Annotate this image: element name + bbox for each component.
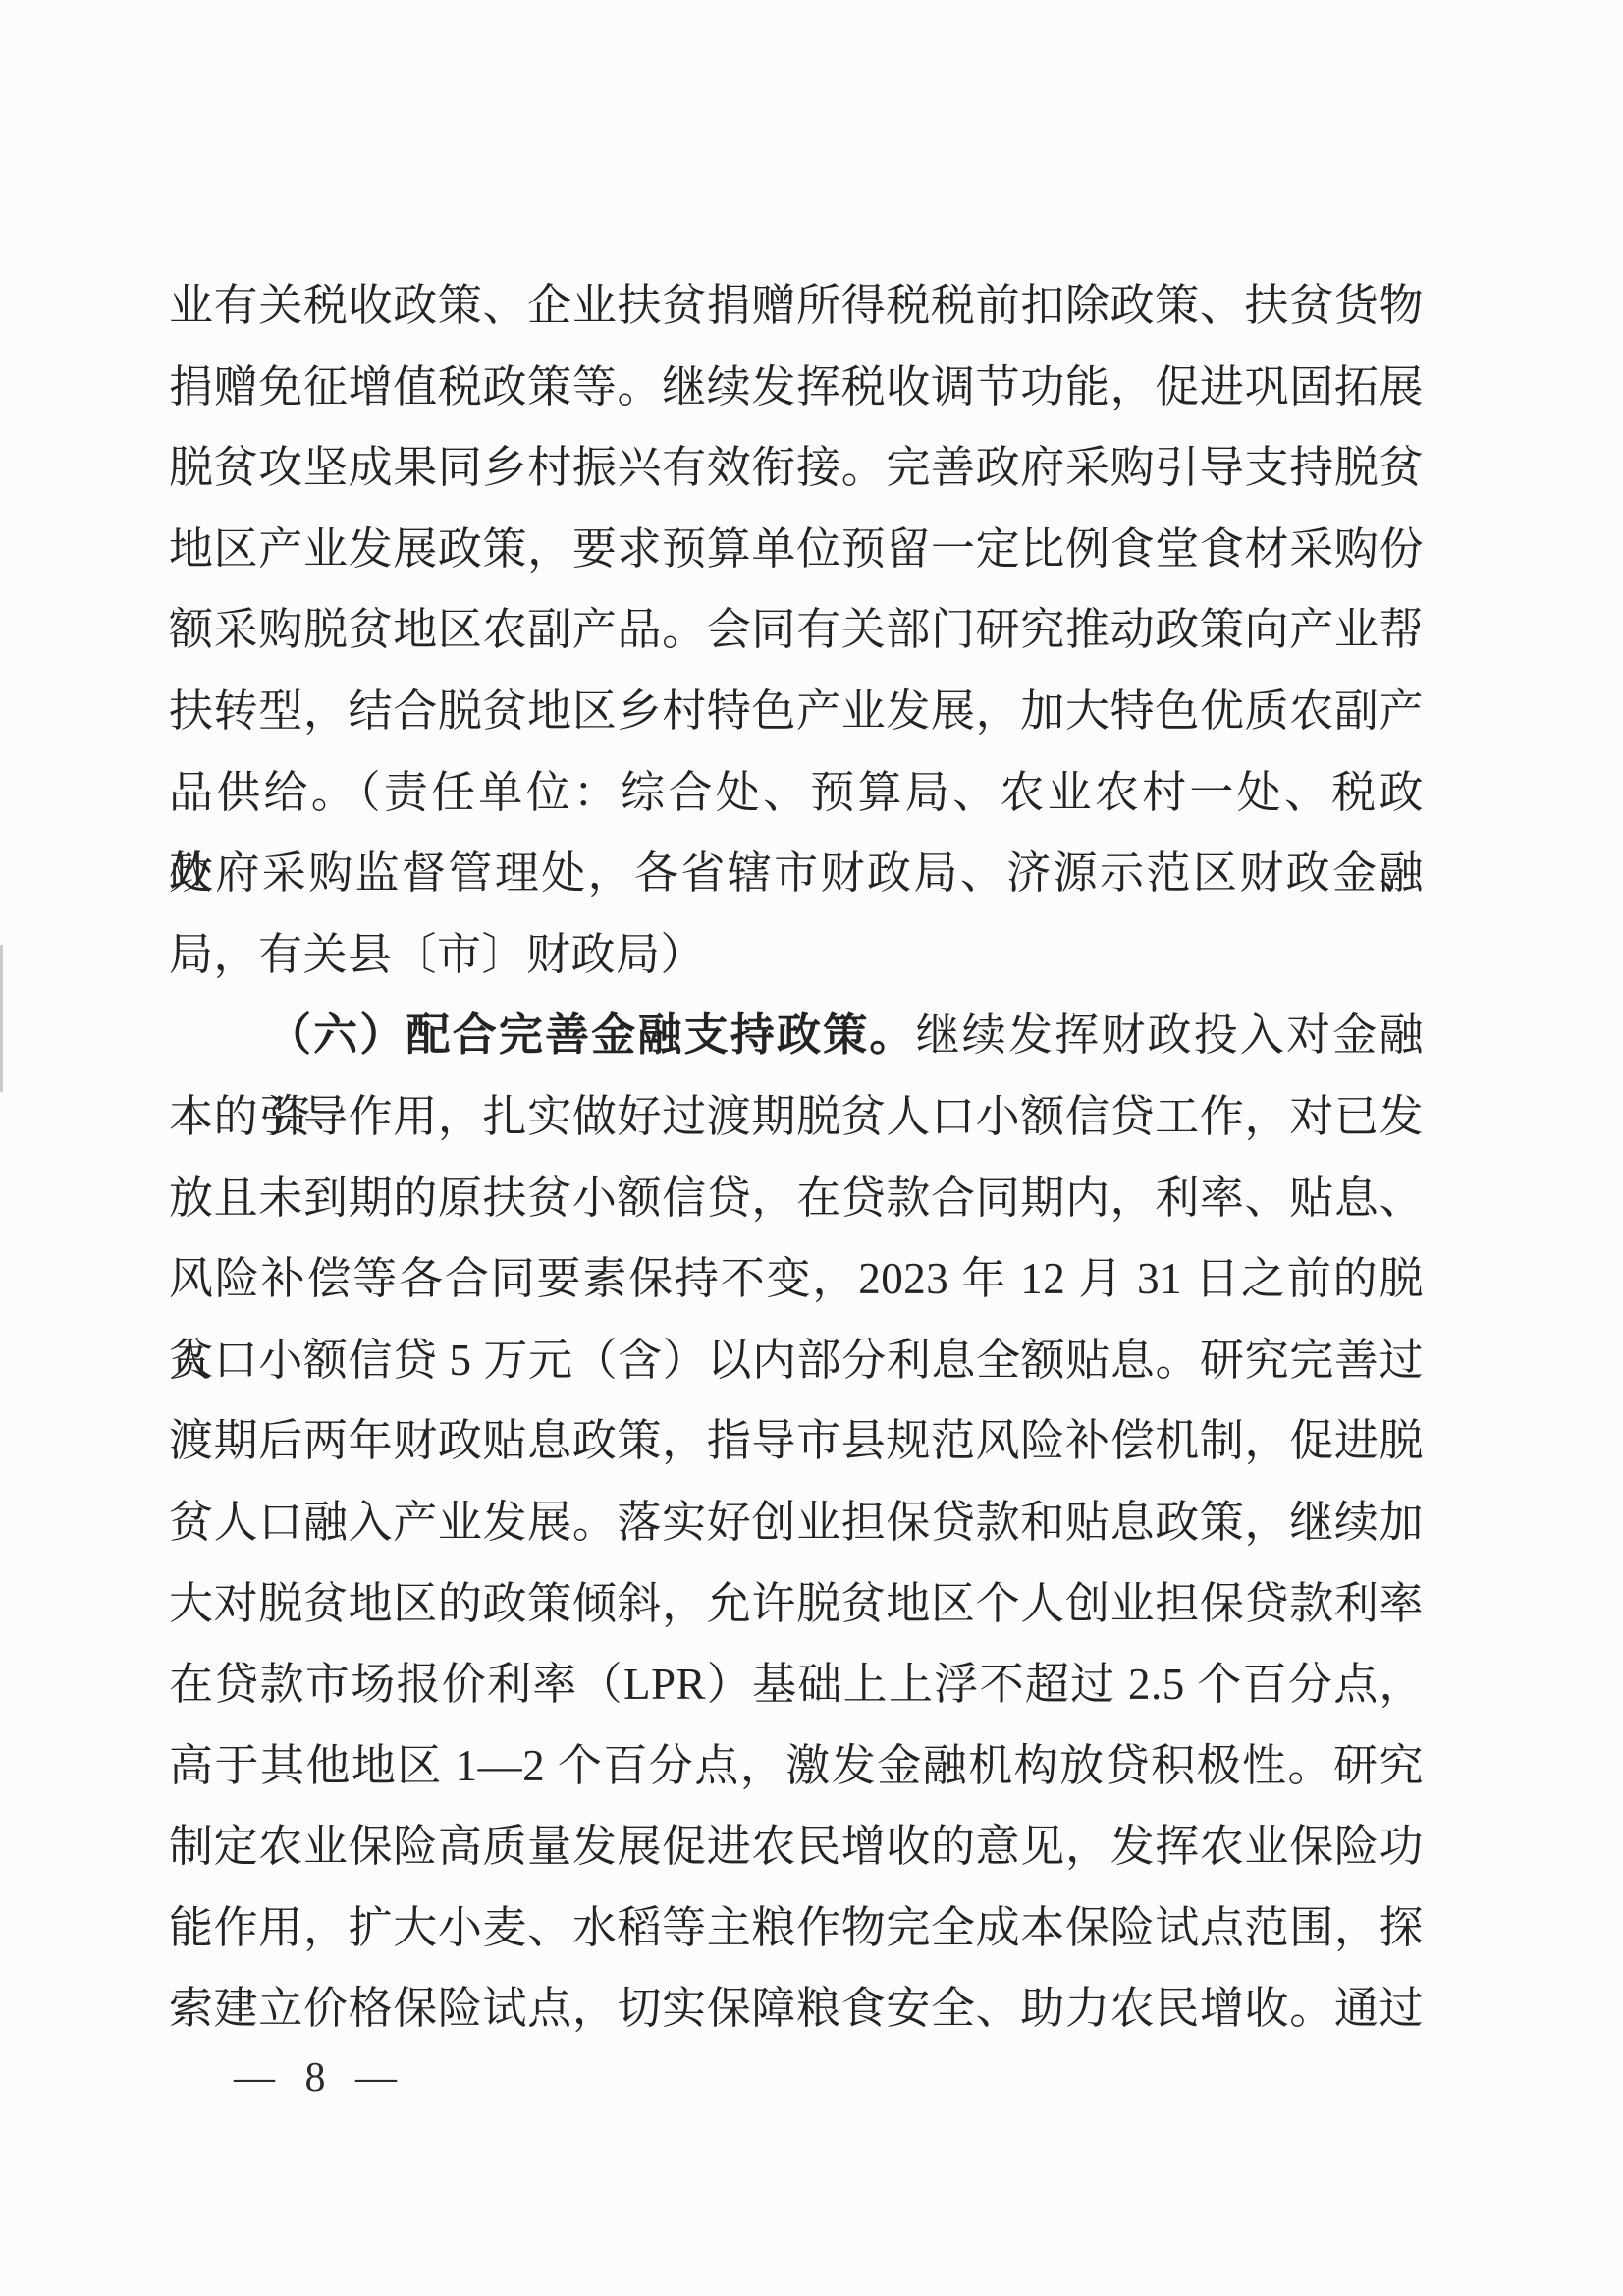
document-line: 品供给。（责任单位：综合处、预算局、农业农村一处、税政处、 [169,752,1424,834]
document-line: 本的引导作用，扎实做好过渡期脱贫人口小额信贷工作，对已发 [169,1076,1424,1158]
document-line: 索建立价格保险试点，切实保障粮食安全、助力农民增收。通过 [169,1968,1424,2050]
document-line: 能作用，扩大小麦、水稻等主粮作物完全成本保险试点范围，探 [169,1887,1424,1969]
document-line: 地区产业发展政策，要求预算单位预留一定比例食堂食材采购份 [169,509,1424,590]
section-heading: （六）配合完善金融支持政策。 [267,1011,916,1060]
document-line: 捐赠免征增值税政策等。继续发挥税收调节功能，促进巩固拓展 [169,347,1424,428]
scan-edge-artifact [0,945,3,1092]
document-line: 业有关税收政策、企业扶贫捐赠所得税税前扣除政策、扶贫货物 [169,265,1424,347]
document-line: 制定农业保险高质量发展促进农民增收的意见，发挥农业保险功 [169,1806,1424,1887]
document-line: 额采购脱贫地区农副产品。会同有关部门研究推动政策向产业帮 [169,589,1424,671]
document-line: 高于其他地区 1—2 个百分点，激发金融机构放贷积极性。研究 [169,1725,1424,1807]
document-line: 人口小额信贷 5 万元（含）以内部分利息全额贴息。研究完善过 [169,1320,1424,1401]
document-line: 风险补偿等各合同要素保持不变，2023 年 12 月 31 日之前的脱贫 [169,1238,1424,1320]
document-line: 渡期后两年财政贴息政策，指导市县规范风险补偿机制，促进脱 [169,1400,1424,1482]
document-line: 脱贫攻坚成果同乡村振兴有效衔接。完善政府采购引导支持脱贫 [169,427,1424,509]
text-body: 业有关税收政策、企业扶贫捐赠所得税税前扣除政策、扶贫货物 捐赠免征增值税政策等。… [169,265,1424,2050]
document-line: 贫人口融入产业发展。落实好创业担保贷款和贴息政策，继续加 [169,1482,1424,1563]
document-line: 放且未到期的原扶贫小额信贷，在贷款合同期内，利率、贴息、 [169,1158,1424,1239]
document-page: 业有关税收政策、企业扶贫捐赠所得税税前扣除政策、扶贫货物 捐赠免征增值税政策等。… [0,0,1623,2296]
document-line: 大对脱贫地区的政策倾斜，允许脱贫地区个人创业担保贷款利率 [169,1563,1424,1645]
document-line: （六）配合完善金融支持政策。继续发挥财政投入对金融资 [169,995,1424,1076]
document-line: 扶转型，结合脱贫地区乡村特色产业发展，加大特色优质农副产 [169,671,1424,752]
document-line: 政府采购监督管理处，各省辖市财政局、济源示范区财政金融 [169,833,1424,914]
document-line: 在贷款市场报价利率（LPR）基础上上浮不超过 2.5 个百分点， [169,1644,1424,1725]
page-number: — 8 — [234,2049,406,2107]
document-line: 局，有关县〔市〕财政局） [169,914,1424,996]
